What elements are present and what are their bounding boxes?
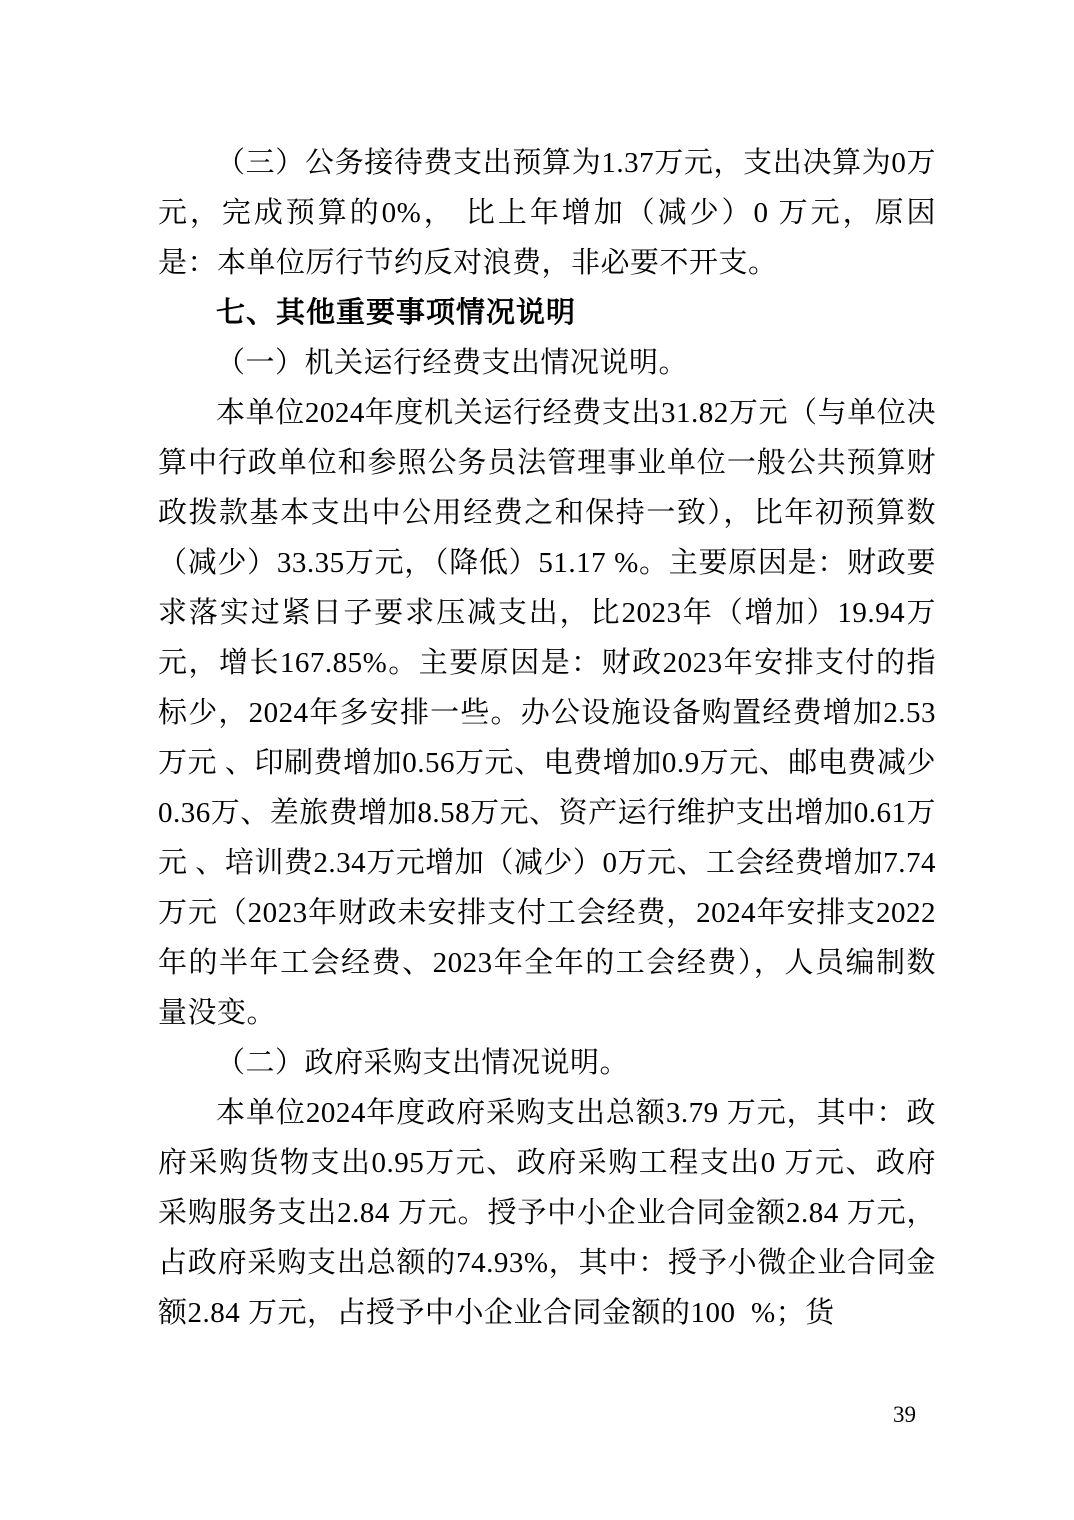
page-number: 39 xyxy=(893,1398,916,1432)
document-page: （三）公务接待费支出预算为1.37万元，支出决算为0万元，完成预算的0%， 比上… xyxy=(0,0,1074,1520)
para-gov-procurement-subheading: （二）政府采购支出情况说明。 xyxy=(158,1038,936,1088)
para-gov-procurement-detail: 本单位2024年度政府采购支出总额3.79 万元，其中：政府采购货物支出0.95… xyxy=(158,1088,936,1338)
para-agency-operation-detail: 本单位2024年度机关运行经费支出31.82万元（与单位决算中行政单位和参照公务… xyxy=(158,388,936,1038)
document-body: （三）公务接待费支出预算为1.37万元，支出决算为0万元，完成预算的0%， 比上… xyxy=(158,138,936,1338)
para-agency-operation-subheading: （一）机关运行经费支出情况说明。 xyxy=(158,338,936,388)
heading-other-important-matters: 七、其他重要事项情况说明 xyxy=(158,288,936,338)
para-official-reception-expense: （三）公务接待费支出预算为1.37万元，支出决算为0万元，完成预算的0%， 比上… xyxy=(158,138,936,288)
